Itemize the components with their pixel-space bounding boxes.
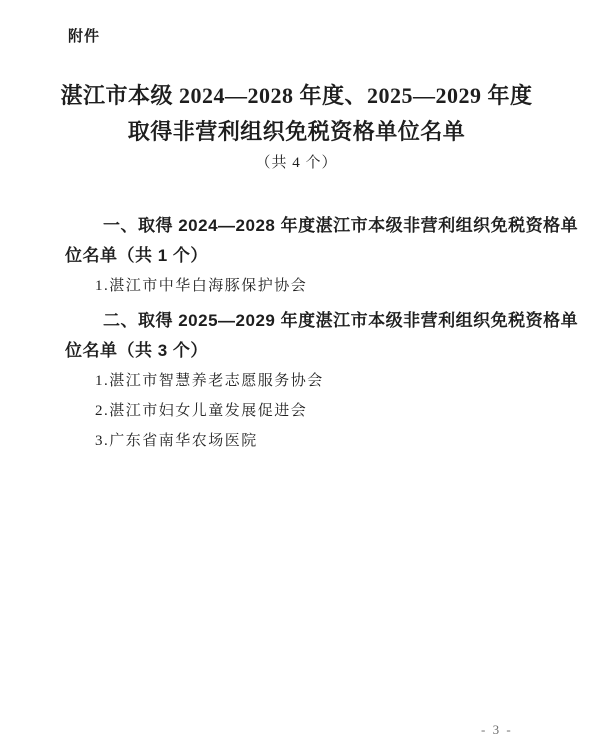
section-2-heading-line-2: 位名单（共 3 个）: [65, 336, 529, 366]
section-1-heading-line-2: 位名单（共 1 个）: [65, 241, 529, 271]
section-2-org-item-1: 1.湛江市智慧养老志愿服务协会: [65, 366, 529, 396]
document-body: 一、取得 2024—2028 年度湛江市本级非营利组织免税资格单 位名单（共 1…: [65, 211, 529, 456]
document-title-line-2: 取得非营利组织免税资格单位名单: [0, 114, 593, 150]
section-2-org-item-2: 2.湛江市妇女儿童发展促进会: [65, 396, 529, 426]
total-count-note: （共 4 个）: [0, 151, 593, 172]
section-2: 二、取得 2025—2029 年度湛江市本级非营利组织免税资格单 位名单（共 3…: [65, 306, 529, 456]
section-2-heading-line-1: 二、取得 2025—2029 年度湛江市本级非营利组织免税资格单: [65, 306, 529, 336]
section-2-org-item-3: 3.广东省南华农场医院: [65, 426, 529, 456]
page-number: - 3 -: [481, 722, 513, 738]
section-1: 一、取得 2024—2028 年度湛江市本级非营利组织免税资格单 位名单（共 1…: [65, 211, 529, 301]
document-title: 湛江市本级 2024—2028 年度、2025—2029 年度 取得非营利组织免…: [0, 78, 593, 150]
attachment-label: 附件: [68, 25, 100, 46]
section-1-org-item-1: 1.湛江市中华白海豚保护协会: [65, 271, 529, 301]
document-page: 附件 湛江市本级 2024—2028 年度、2025—2029 年度 取得非营利…: [0, 0, 593, 743]
document-title-line-1: 湛江市本级 2024—2028 年度、2025—2029 年度: [0, 78, 593, 114]
section-1-heading-line-1: 一、取得 2024—2028 年度湛江市本级非营利组织免税资格单: [65, 211, 529, 241]
